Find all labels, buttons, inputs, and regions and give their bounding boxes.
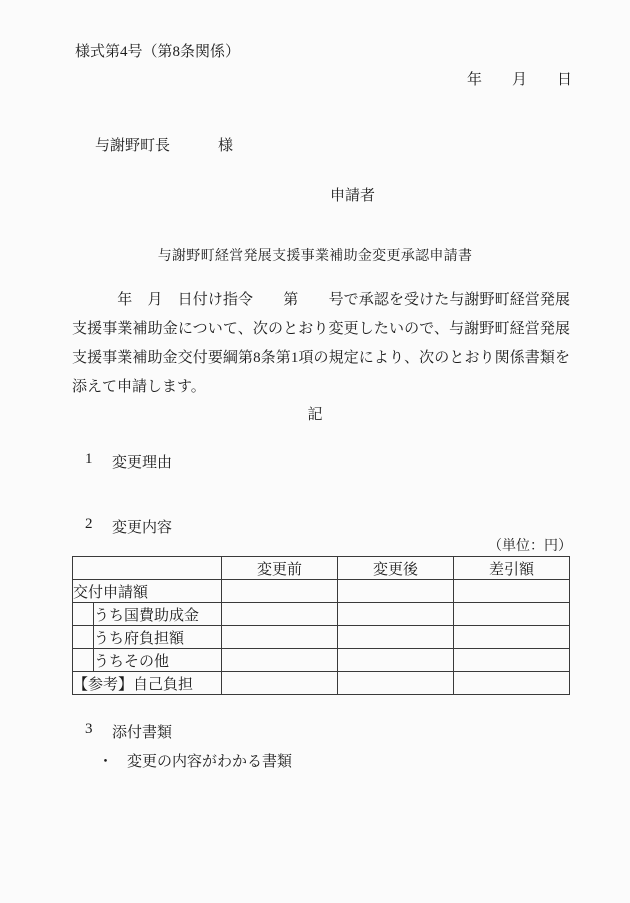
honorific-label: 様 bbox=[218, 134, 233, 155]
value-cell-after bbox=[338, 626, 454, 649]
section-number: 1 bbox=[85, 451, 95, 472]
section-label: 変更理由 bbox=[112, 451, 172, 472]
value-cell-diff bbox=[454, 626, 570, 649]
section-change-content: 2 変更内容 bbox=[85, 516, 172, 537]
value-cell-diff bbox=[454, 649, 570, 672]
value-cell-after bbox=[338, 672, 454, 695]
applicant-label: 申請者 bbox=[330, 184, 375, 205]
value-cell-diff bbox=[454, 672, 570, 695]
document-title: 与謝野町経営発展支援事業補助金変更承認申請書 bbox=[0, 245, 630, 265]
ki-heading: 記 bbox=[0, 403, 630, 424]
table-row: うち府負担額 bbox=[73, 626, 570, 649]
sub-indent-cell bbox=[73, 603, 94, 626]
row-label-prefecture-share: うち府負担額 bbox=[94, 626, 222, 649]
value-cell-before bbox=[222, 672, 338, 695]
sub-indent-cell bbox=[73, 649, 94, 672]
table-row: うち国費助成金 bbox=[73, 603, 570, 626]
section-label: 変更内容 bbox=[112, 516, 172, 537]
value-cell-before bbox=[222, 580, 338, 603]
change-amount-table: 変更前 変更後 差引額 交付申請額 うち国費助成金 うち府負担額 bbox=[72, 556, 570, 695]
row-label-other: うちその他 bbox=[94, 649, 222, 672]
row-label-grant-application: 交付申請額 bbox=[73, 580, 222, 603]
date-line: 年 月 日 bbox=[467, 68, 572, 89]
value-cell-diff bbox=[454, 580, 570, 603]
header-empty-cell bbox=[73, 557, 222, 580]
section-number: 2 bbox=[85, 516, 95, 537]
bullet-icon: ・ bbox=[98, 750, 113, 771]
value-cell-after bbox=[338, 603, 454, 626]
value-cell-after bbox=[338, 580, 454, 603]
addressee-name: 与謝野町長 bbox=[95, 134, 170, 155]
table-header-row: 変更前 変更後 差引額 bbox=[73, 557, 570, 580]
value-cell-after bbox=[338, 649, 454, 672]
section-label: 添付書類 bbox=[112, 721, 172, 742]
section-attachments: 3 添付書類 bbox=[85, 721, 172, 742]
value-cell-before bbox=[222, 649, 338, 672]
form-number-label: 様式第4号（第8条関係） bbox=[75, 40, 240, 61]
attachment-item-text: 変更の内容がわかる書類 bbox=[127, 750, 292, 771]
table-row: うちその他 bbox=[73, 649, 570, 672]
table-row: 交付申請額 bbox=[73, 580, 570, 603]
header-after: 変更後 bbox=[338, 557, 454, 580]
unit-label: （単位：円） bbox=[488, 535, 572, 555]
sub-indent-cell bbox=[73, 626, 94, 649]
header-diff: 差引額 bbox=[454, 557, 570, 580]
value-cell-diff bbox=[454, 603, 570, 626]
section-number: 3 bbox=[85, 721, 95, 742]
table-row: 【参考】自己負担 bbox=[73, 672, 570, 695]
header-before: 変更前 bbox=[222, 557, 338, 580]
section-change-reason: 1 変更理由 bbox=[85, 451, 172, 472]
document-page: 様式第4号（第8条関係） 年 月 日 与謝野町長 様 申請者 与謝野町経営発展支… bbox=[0, 0, 630, 903]
attachment-list-item: ・ 変更の内容がわかる書類 bbox=[98, 750, 292, 771]
value-cell-before bbox=[222, 603, 338, 626]
value-cell-before bbox=[222, 626, 338, 649]
row-label-national-subsidy: うち国費助成金 bbox=[94, 603, 222, 626]
row-label-self-burden: 【参考】自己負担 bbox=[73, 672, 222, 695]
body-paragraph: 年 月 日付け指令 第 号で承認を受けた与謝野町経営発展支援事業補助金について、… bbox=[72, 286, 570, 402]
addressee-line: 与謝野町長 様 bbox=[95, 134, 233, 155]
